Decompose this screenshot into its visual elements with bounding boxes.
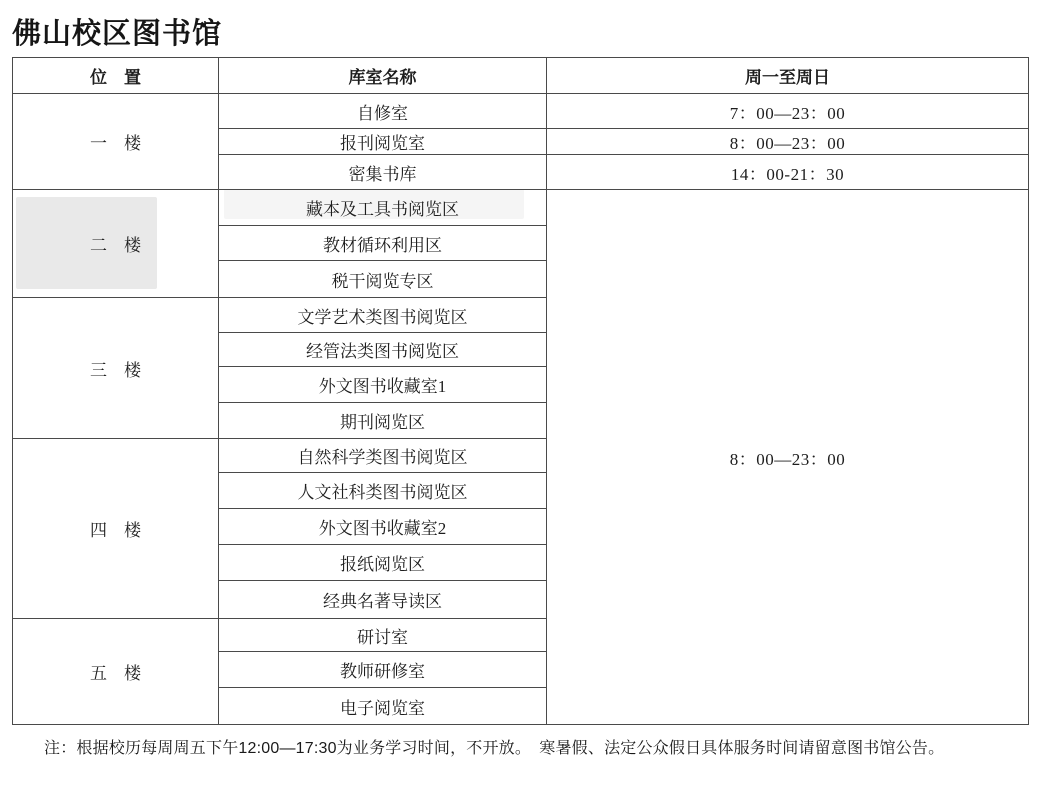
room-cell: 密集书库: [219, 155, 547, 190]
column-header-location: 位 置: [13, 58, 219, 94]
room-cell: 自修室: [219, 94, 547, 129]
room-cell: 教材循环利用区: [219, 226, 547, 261]
room-cell: 经管法类图书阅览区: [219, 333, 547, 367]
column-header-room: 库室名称: [219, 58, 547, 94]
room-cell: 报纸阅览区: [219, 545, 547, 581]
floor-cell: 四 楼: [13, 439, 219, 619]
table-row: 一 楼 自修室 7：00—23：00: [13, 94, 1029, 129]
page-title: 佛山校区图书馆: [12, 11, 222, 52]
time-cell: 14：00-21：30: [547, 155, 1029, 190]
room-cell: 外文图书收藏室1: [219, 367, 547, 403]
room-cell: 外文图书收藏室2: [219, 509, 547, 545]
room-cell: 人文社科类图书阅览区: [219, 473, 547, 509]
room-cell: 报刊阅览室: [219, 129, 547, 155]
room-cell: 文学艺术类图书阅览区: [219, 298, 547, 333]
column-header-hours: 周一至周日: [547, 58, 1029, 94]
table-header-row: 位 置 库室名称 周一至周日: [13, 58, 1029, 94]
room-cell: 电子阅览室: [219, 688, 547, 725]
floor-cell: 二 楼: [13, 190, 219, 298]
library-hours-table: 位 置 库室名称 周一至周日 一 楼 自修室 7：00—23：00 报刊阅览室 …: [12, 57, 1029, 725]
room-cell: 税干阅览专区: [219, 261, 547, 298]
room-cell: 经典名著导读区: [219, 581, 547, 619]
floor-cell: 五 楼: [13, 619, 219, 725]
room-cell: 教师研修室: [219, 652, 547, 688]
table-row: 二 楼 藏本及工具书阅览区 8：00—23：00: [13, 190, 1029, 226]
time-cell: 7：00—23：00: [547, 94, 1029, 129]
room-cell: 研讨室: [219, 619, 547, 652]
room-cell: 期刊阅览区: [219, 403, 547, 439]
time-cell: 8：00—23：00: [547, 129, 1029, 155]
merged-time-cell: 8：00—23：00: [547, 190, 1029, 725]
document-page: 佛山校区图书馆 位 置 库室名称 周一至周日 一 楼 自修室 7：00—23：0…: [0, 0, 1044, 807]
room-cell: 自然科学类图书阅览区: [219, 439, 547, 473]
floor-cell: 三 楼: [13, 298, 219, 439]
room-cell: 藏本及工具书阅览区: [219, 190, 547, 226]
floor-cell: 一 楼: [13, 94, 219, 190]
footnote: 注：根据校历每周周五下午12:00—17:30为业务学习时间，不开放。 寒暑假、…: [44, 735, 1024, 758]
